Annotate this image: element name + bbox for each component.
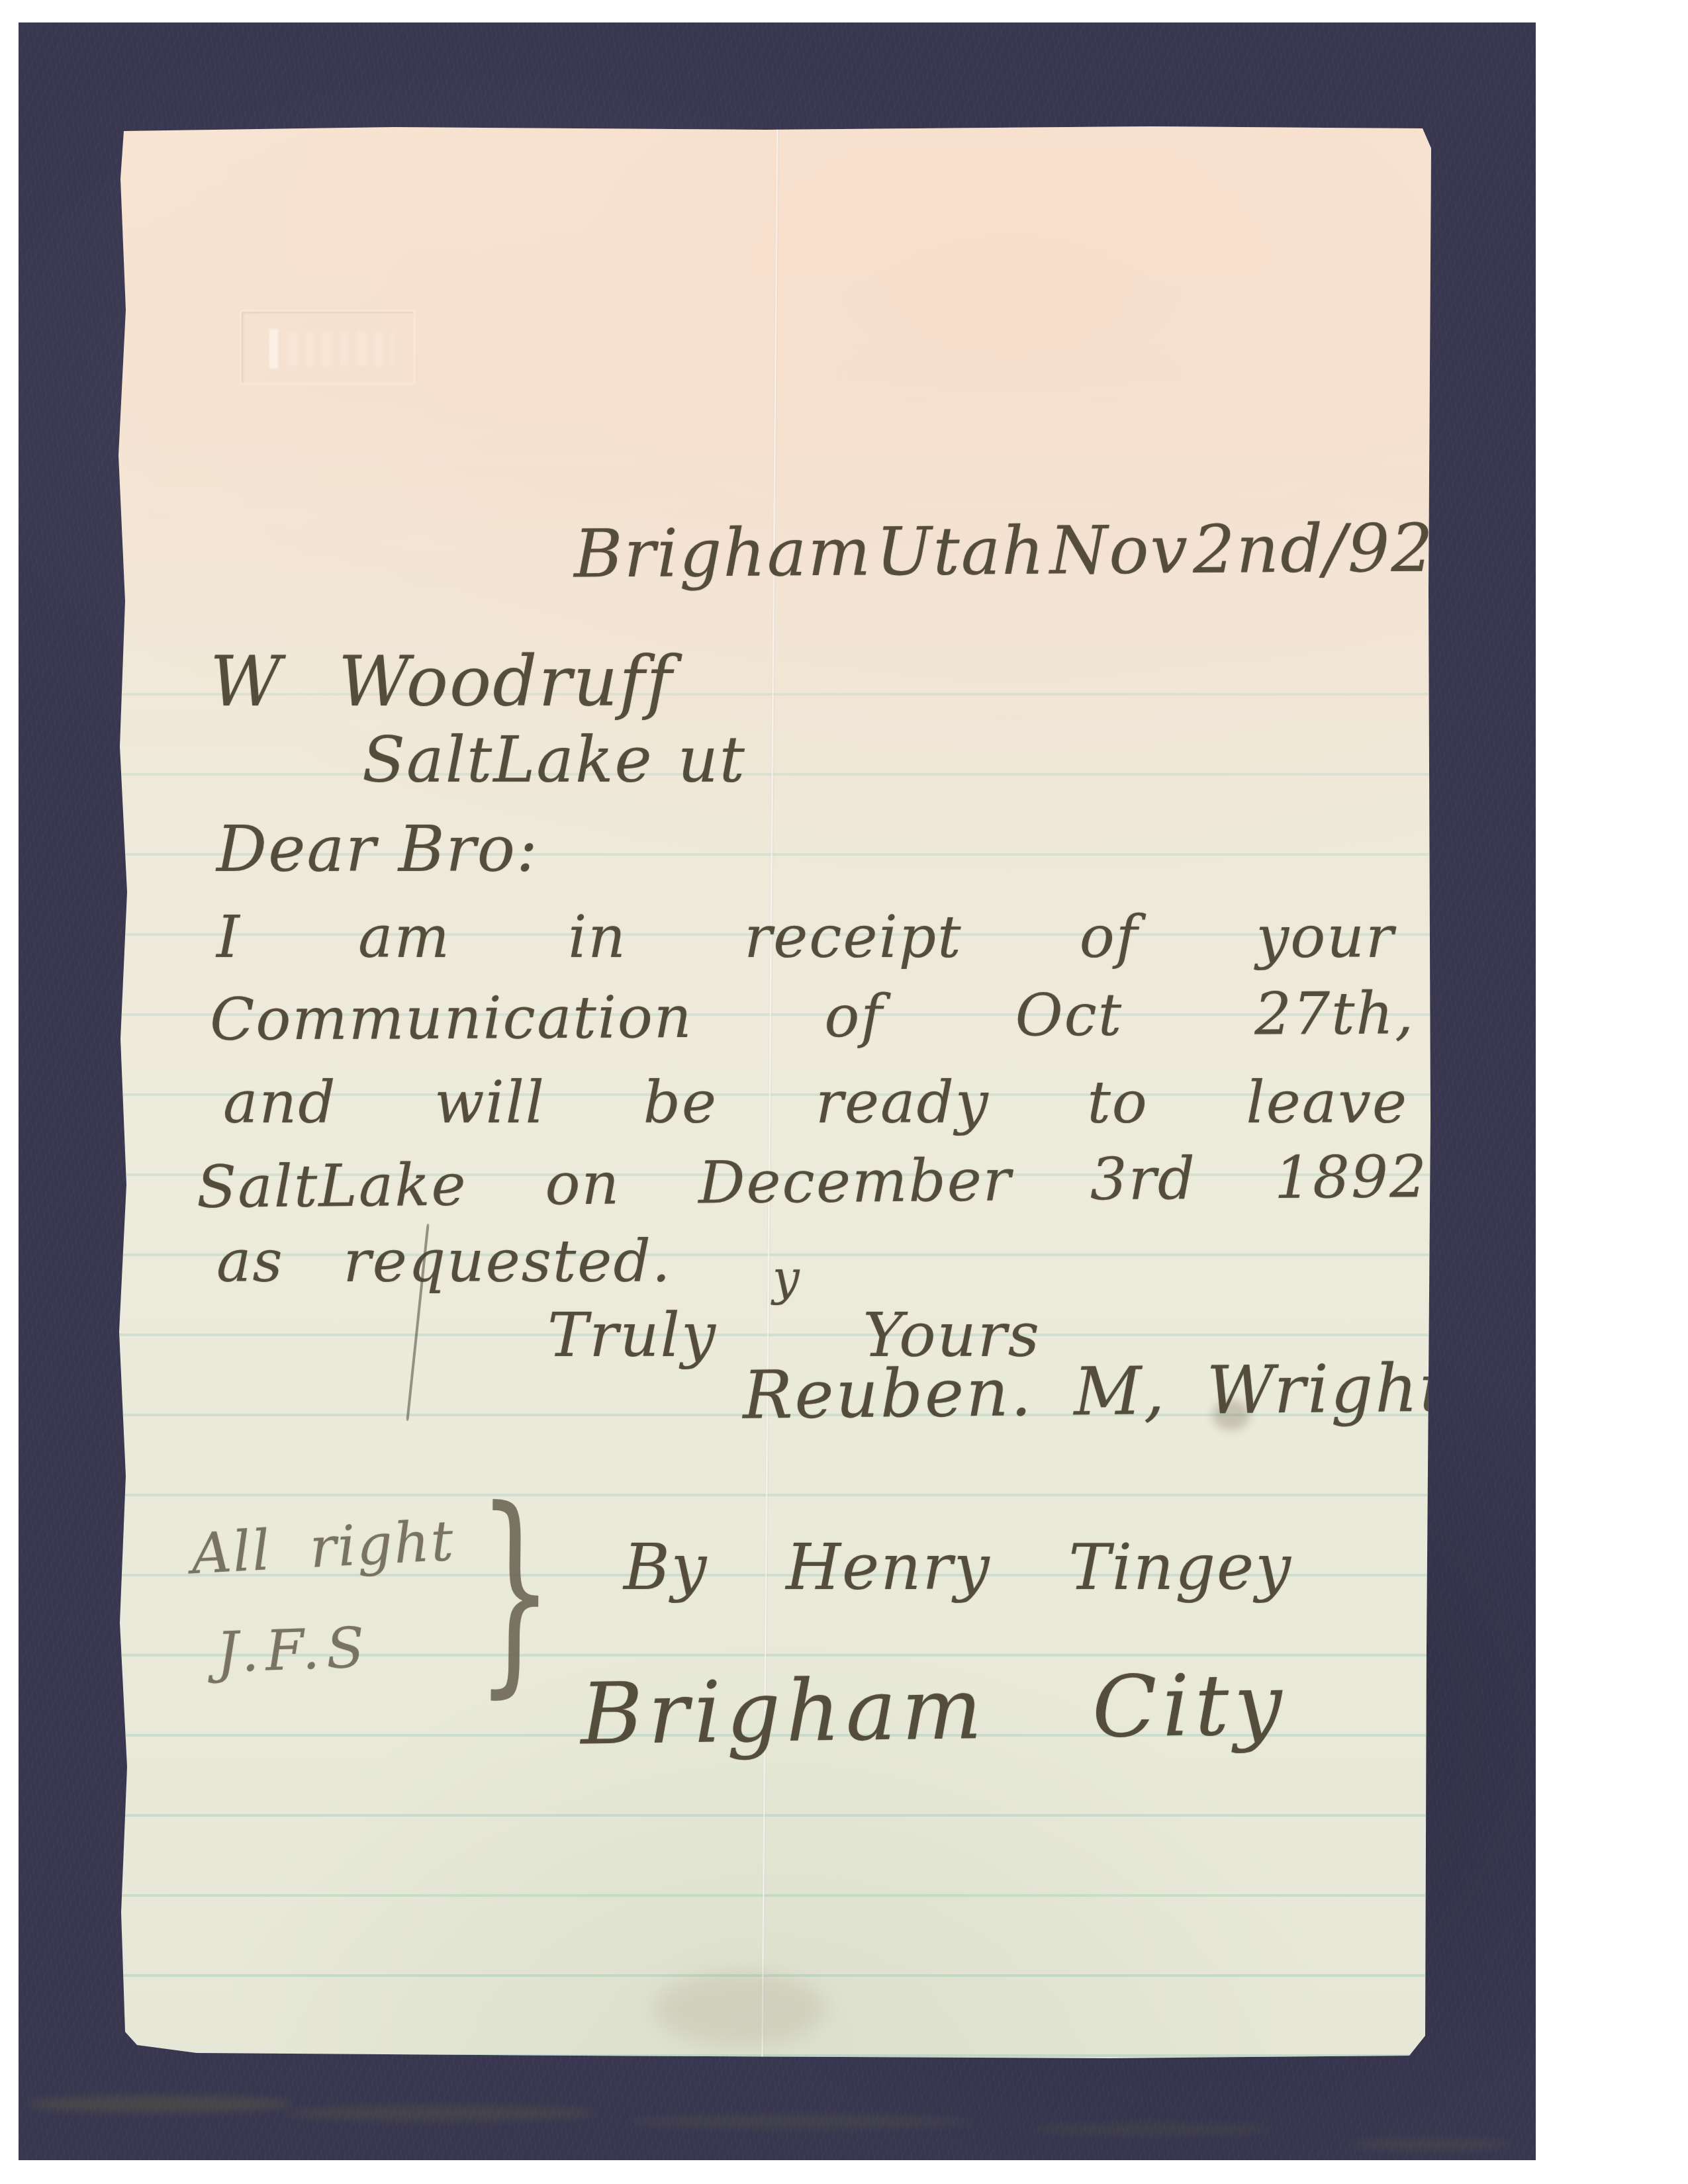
word: 3rd [1090, 1145, 1196, 1213]
embossed-stamp-lettering [288, 332, 394, 366]
word: 2nd/92 [1193, 510, 1435, 588]
paper-stain [653, 1972, 825, 2045]
word: receipt [744, 903, 962, 970]
ghost-smudge [28, 2095, 293, 2113]
word: I [216, 903, 241, 970]
letter-paper: BrighamUtahNov2nd/92 WWoodruff SaltLakeu… [117, 126, 1431, 2058]
recipient-line: WWoodruff [210, 642, 673, 722]
ghost-smudge [629, 2115, 973, 2128]
body-line: SaltLakeonDecember3rd1892 [197, 1143, 1429, 1220]
ghost-smudge [1033, 2123, 1271, 2135]
photo-mat-background: BrighamUtahNov2nd/92 WWoodruff SaltLakeu… [19, 23, 1536, 2160]
dateline: BrighamUtahNov2nd/92 [574, 510, 1435, 592]
closing-insert-y: y [773, 1251, 801, 1306]
word: December [698, 1146, 1013, 1216]
word: SaltLake [362, 725, 653, 797]
body-line: CommunicationofOct27th, [210, 979, 1415, 1053]
word: will [434, 1069, 545, 1136]
word: Tingey [1068, 1532, 1292, 1604]
word: ready [816, 1069, 990, 1136]
word: Utah [876, 513, 1046, 590]
word: on [545, 1150, 621, 1218]
body-line: andwillbereadytoleave [223, 1069, 1408, 1136]
word: leave [1246, 1069, 1408, 1136]
word: Brigham [574, 514, 872, 592]
word: Henry [786, 1532, 990, 1604]
word: SaltLake [197, 1152, 467, 1221]
word: W [210, 642, 283, 722]
word: Truly [547, 1300, 717, 1371]
ghost-smudge [1352, 2139, 1511, 2150]
word: 27th, [1254, 979, 1415, 1047]
word: to [1087, 1069, 1148, 1136]
word: Communication [210, 983, 693, 1053]
word: 1892 [1274, 1143, 1429, 1211]
margin-note-line2: J.F.S [215, 1615, 372, 1685]
word: and [223, 1069, 336, 1136]
word: of [1080, 903, 1139, 970]
word: Nov [1049, 512, 1189, 588]
word: ut [678, 725, 746, 797]
word: Oct [1015, 981, 1123, 1049]
word: am [358, 903, 451, 970]
word: be [643, 1069, 718, 1136]
margin-note-brace: } [476, 1486, 555, 1696]
word: By [624, 1532, 708, 1604]
body-line: Iaminreceiptofyour [216, 903, 1395, 970]
scanned-letter-page: BrighamUtahNov2nd/92 WWoodruff SaltLakeu… [0, 0, 1688, 2184]
embossed-stamp [240, 310, 416, 385]
word: your [1256, 903, 1395, 970]
embossed-stamp-mark [269, 329, 278, 369]
clerk-line: ByHenryTingey [624, 1532, 1292, 1604]
word: in [568, 903, 627, 970]
signature: Reuben. M, Wright. [742, 1349, 1472, 1433]
word: Woodruff [338, 642, 673, 722]
city-line: Brigham City [580, 1657, 1288, 1764]
ghost-smudge [286, 2106, 597, 2120]
salutation: Dear Bro: [216, 814, 539, 886]
word: of [824, 982, 884, 1050]
margin-note-line1: All right [190, 1509, 456, 1586]
recipient-place-line: SaltLakeut [362, 725, 746, 797]
body-line: as requested. [216, 1228, 672, 1295]
